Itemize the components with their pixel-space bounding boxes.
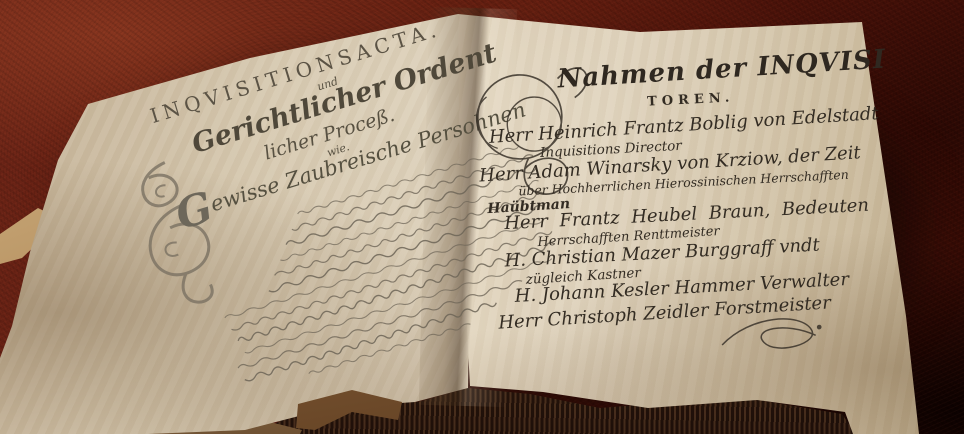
right-heading-1: Nahmen der INQVISI: [557, 45, 887, 95]
end-flourish-icon: [715, 317, 827, 364]
right-heading-2: TOREN.: [647, 90, 735, 109]
right-page-text: Nahmen der INQVISI TOREN. Herr Heinrich …: [468, 25, 964, 415]
manuscript-photo: INQVISITIONSACTA. und Gerichtlicher Orde…: [0, 0, 964, 434]
